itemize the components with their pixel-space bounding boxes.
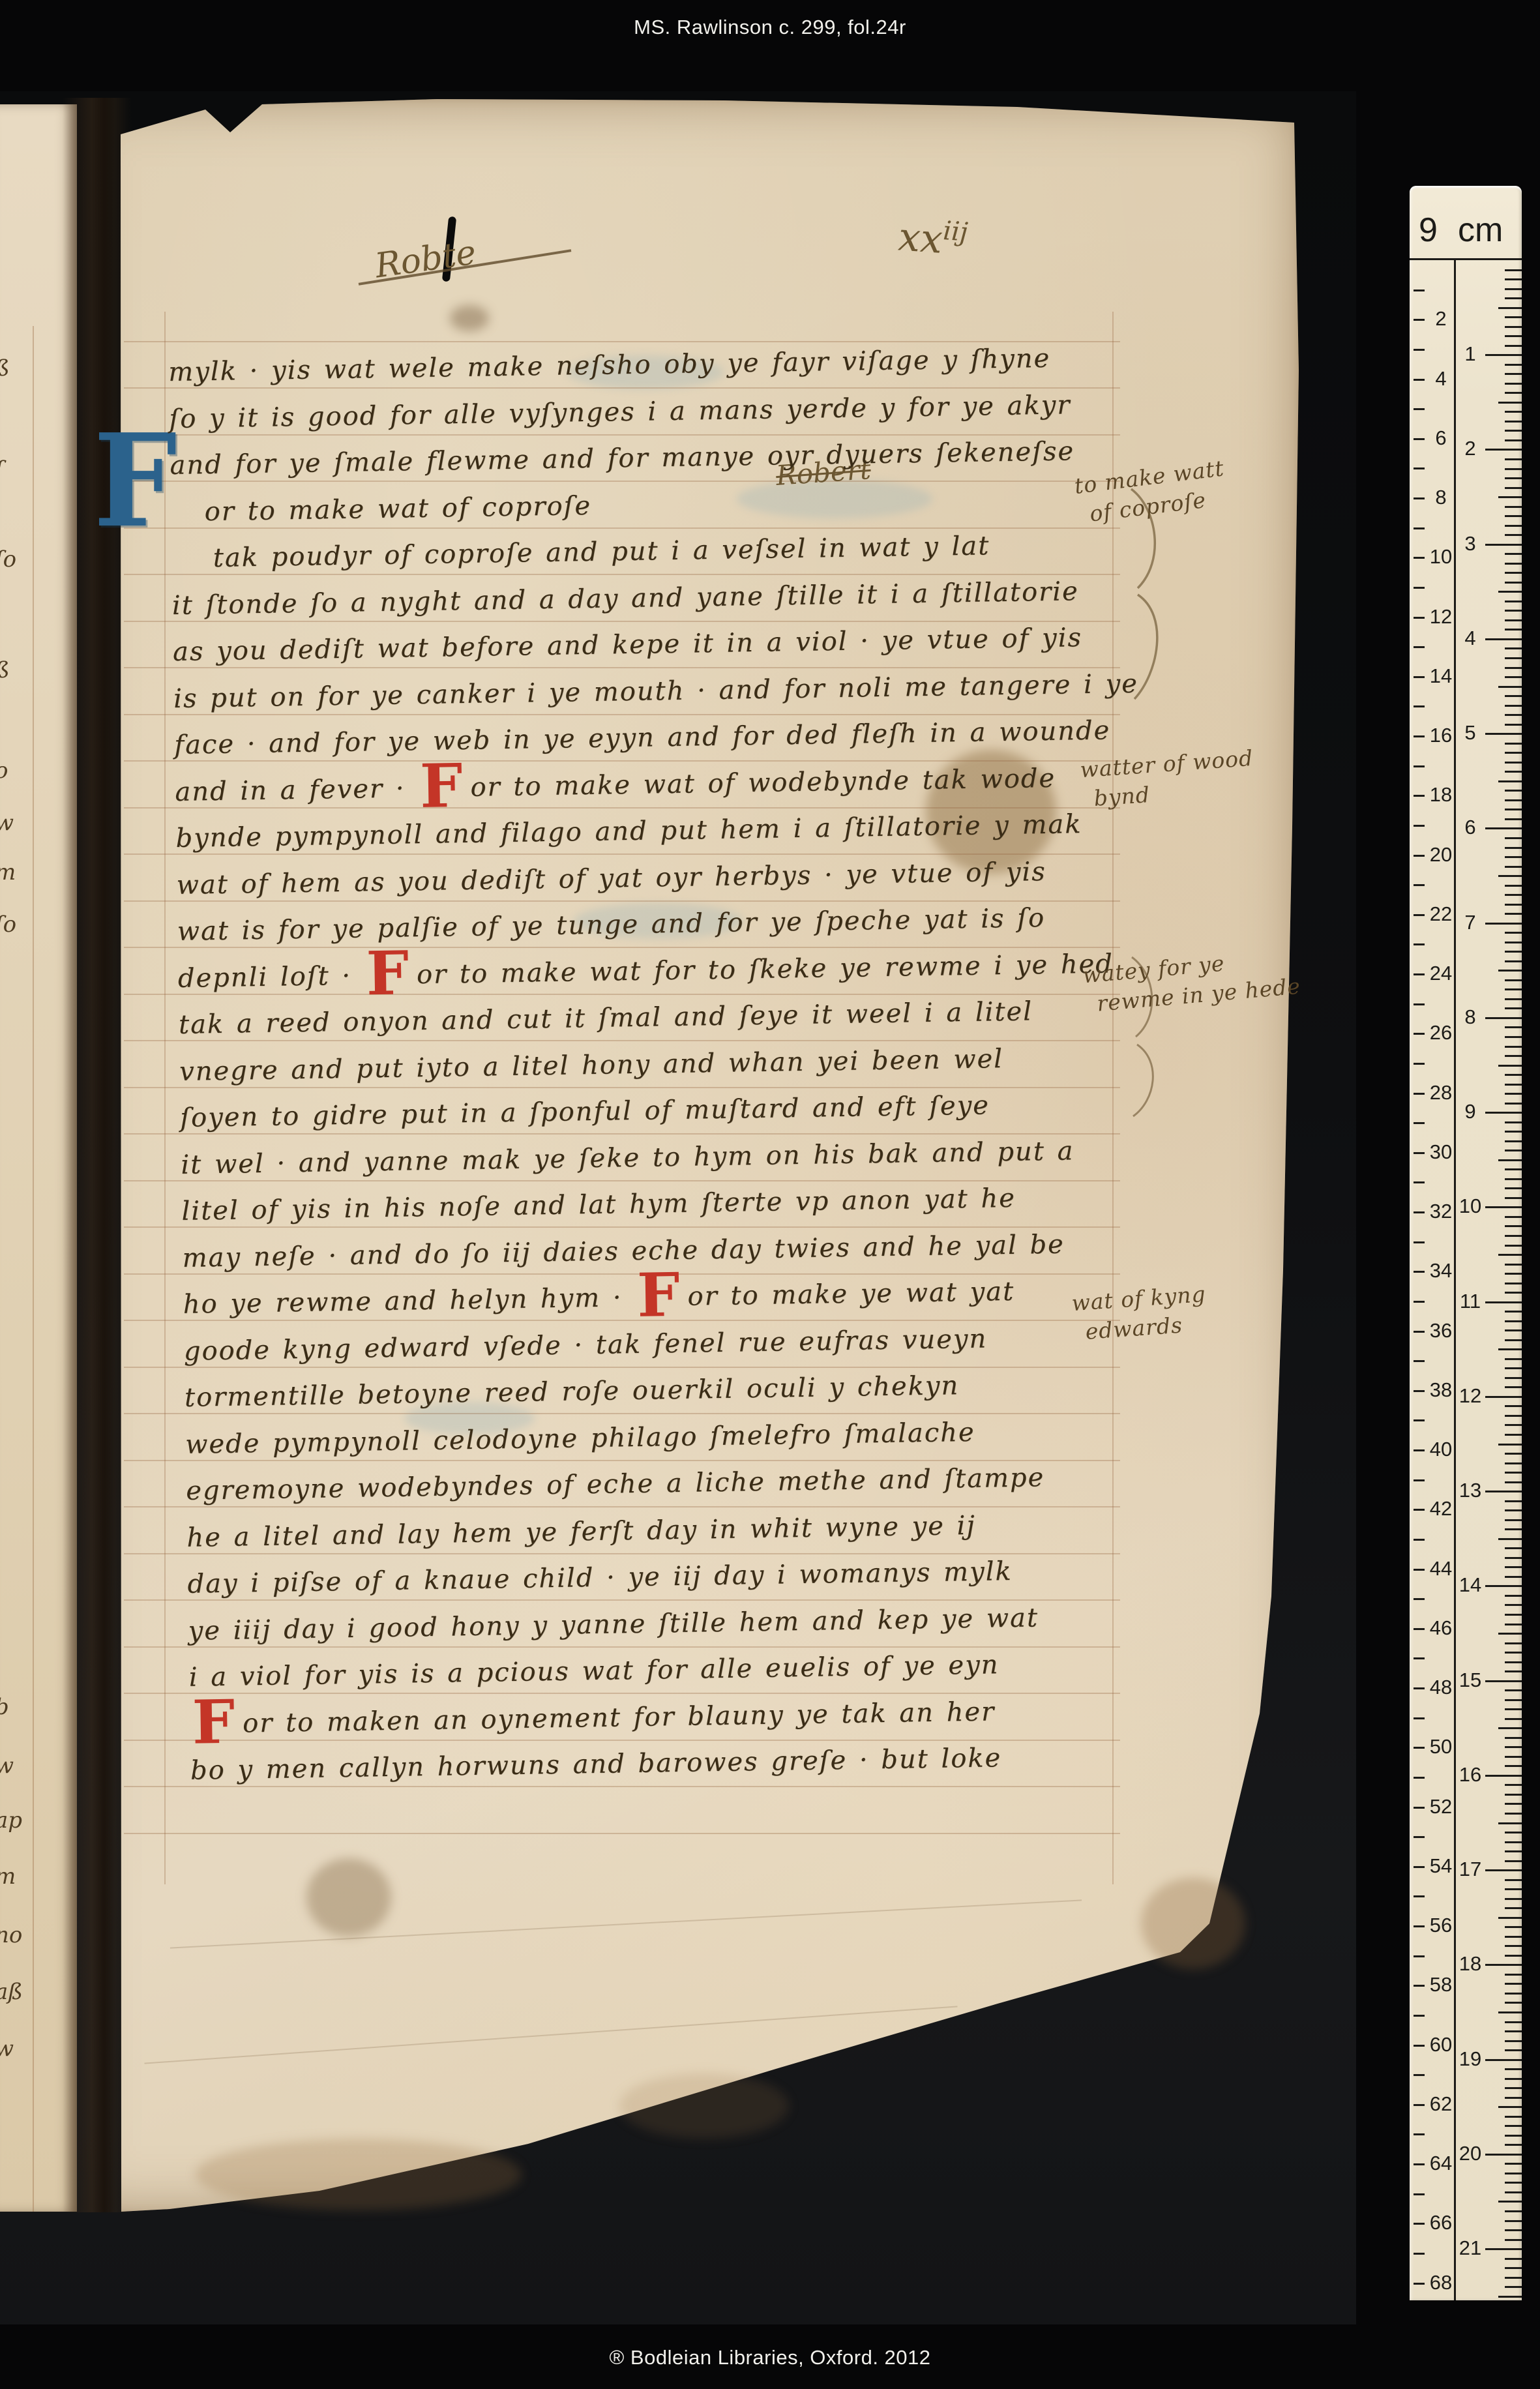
ruler-cm-number: 8 — [1458, 1005, 1483, 1029]
ruler-right-tick — [1498, 591, 1522, 593]
clipped-letter-fragment: ß — [0, 657, 10, 683]
clipped-letter-fragment: ß — [0, 355, 10, 381]
ruler-left-tick — [1414, 1419, 1425, 1421]
ruler-right-tick — [1505, 1974, 1522, 1976]
ruler-right-tick — [1505, 1566, 1522, 1568]
ruler-right-tick — [1498, 875, 1522, 877]
ruler-right-tick — [1498, 1444, 1522, 1446]
ruler-right-tick — [1505, 2258, 1522, 2260]
ruler-left-tick — [1414, 557, 1425, 559]
ruler-right-tick — [1505, 2078, 1522, 2080]
ruler-left-number: 16 — [1427, 724, 1455, 747]
ruler-right-tick — [1505, 657, 1522, 659]
ruler-right-tick — [1505, 951, 1522, 953]
ruler-right-tick — [1505, 1225, 1522, 1227]
ruler-cm-number: 15 — [1458, 1669, 1483, 1692]
ruler-left-tick — [1414, 1509, 1425, 1511]
ruler-right-tick — [1505, 1652, 1522, 1654]
ruler-left-number: 40 — [1427, 1438, 1455, 1461]
ruler-right-tick — [1505, 1026, 1522, 1028]
ruler-right-tick — [1485, 1112, 1522, 1114]
ruler-right-tick — [1505, 335, 1522, 337]
ruler-left-tick — [1414, 1033, 1425, 1035]
ruler-right-tick — [1505, 373, 1522, 375]
ruler-right-tick — [1505, 383, 1522, 385]
ruler-right-tick — [1505, 345, 1522, 347]
ruler-left-tick — [1414, 319, 1425, 321]
ruler-right-tick — [1505, 1103, 1522, 1105]
ruler-left-number: 60 — [1427, 2033, 1455, 2056]
ruler-cm-number: 21 — [1458, 2236, 1483, 2260]
ruler-right-tick — [1505, 998, 1522, 1000]
ruler-cm-number: 6 — [1458, 816, 1483, 839]
ruler-right-tick — [1505, 2286, 1522, 2288]
ruler-right-tick — [1505, 1794, 1522, 1796]
ruler-right-tick — [1505, 288, 1522, 290]
ruler-left-tick — [1414, 1181, 1425, 1183]
ruler-left-tick — [1414, 2283, 1425, 2285]
ruler-right-tick — [1505, 1945, 1522, 1947]
ruler-right-tick — [1505, 610, 1522, 612]
ruler-right-tick — [1505, 1765, 1522, 1767]
ruler-right-tick — [1505, 1197, 1522, 1199]
ruler-right-tick — [1498, 1538, 1522, 1540]
ruler-right-tick — [1505, 1472, 1522, 1474]
ruler-cm-number: 7 — [1458, 911, 1483, 934]
ruler-right-tick — [1505, 1329, 1522, 1331]
parchment-page — [72, 96, 1301, 2216]
ruler-right-tick — [1505, 1689, 1522, 1691]
ruler-left-number: 64 — [1427, 2152, 1455, 2175]
ruler-right-tick — [1505, 667, 1522, 669]
ruler-right-tick — [1505, 932, 1522, 934]
ruler-right-tick — [1485, 1017, 1522, 1019]
ruler-left-tick — [1414, 1717, 1425, 1719]
ruler-left-tick — [1414, 2193, 1425, 2195]
ruler-left-tick — [1414, 1985, 1425, 1987]
ruler-right-tick — [1505, 439, 1522, 441]
ruler-right-tick — [1498, 1633, 1522, 1635]
ruler-right-tick — [1505, 1405, 1522, 1407]
ruler-right-tick — [1485, 1396, 1522, 1398]
ruler-right-tick — [1505, 1898, 1522, 1900]
ruler-right-tick — [1505, 1131, 1522, 1133]
ruler-right-tick — [1485, 1585, 1522, 1587]
ruler-right-tick — [1505, 421, 1522, 423]
ruler-right-tick — [1505, 837, 1522, 839]
ruler-left-tick — [1414, 289, 1425, 291]
ruler-left-number: 28 — [1427, 1081, 1455, 1105]
ruler-right-tick — [1505, 572, 1522, 574]
ruler-right-tick — [1505, 1642, 1522, 1644]
ruler-left-number: 46 — [1427, 1616, 1455, 1640]
ruler-left-tick — [1414, 676, 1425, 678]
ruler-right-tick — [1505, 904, 1522, 906]
ruler-right-tick — [1505, 2191, 1522, 2193]
ruler-left-tick — [1414, 1628, 1425, 1630]
ruler-right-tick — [1505, 2163, 1522, 2165]
clipped-letter-fragment: ſ — [0, 456, 3, 482]
ruler-cm-number: 14 — [1458, 1573, 1483, 1597]
ruler-right-tick — [1505, 743, 1522, 745]
ruler-left-tick — [1414, 1687, 1425, 1689]
ruler-right-tick — [1505, 477, 1522, 479]
ruler-left-number: 56 — [1427, 1914, 1455, 1937]
ruler-right-tick — [1505, 1320, 1522, 1322]
photographic-scale-ruler: 9 cm 24681012141618202224262830323436384… — [1410, 186, 1522, 2300]
ruler-left-tick — [1414, 1390, 1425, 1392]
ruler-left-tick — [1414, 1152, 1425, 1154]
ruler-left-tick — [1414, 1211, 1425, 1213]
ruler-left-tick — [1414, 1925, 1425, 1927]
ruler-right-tick — [1505, 2030, 1522, 2032]
ruler-right-tick — [1505, 1841, 1522, 1843]
ruler-cm-number: 12 — [1458, 1384, 1483, 1408]
ruler-right-tick — [1505, 676, 1522, 678]
ruler-right-tick — [1505, 2087, 1522, 2089]
ruler-right-tick — [1485, 733, 1522, 735]
ruler-left-number: 68 — [1427, 2271, 1455, 2294]
ruler-left-tick — [1414, 1955, 1425, 1957]
ruler-right-tick — [1505, 629, 1522, 631]
ruler-right-tick — [1505, 1614, 1522, 1616]
clipped-letter-fragment: m — [0, 859, 16, 885]
ruler-cm-number: 18 — [1458, 1952, 1483, 1976]
ruler-right-tick — [1498, 970, 1522, 972]
ruler-right-tick — [1505, 1036, 1522, 1038]
ruler-right-tick — [1505, 1983, 1522, 1985]
ruler-right-tick — [1505, 411, 1522, 413]
ruler-left-number: 34 — [1427, 1259, 1455, 1283]
ruler-right-tick — [1485, 827, 1522, 829]
ruler-left-tick — [1414, 2163, 1425, 2165]
ruler-right-tick — [1505, 1756, 1522, 1758]
ruler-left-tick — [1414, 1122, 1425, 1124]
ruler-right-tick — [1505, 1235, 1522, 1237]
ruler-right-tick — [1505, 1140, 1522, 1142]
ruler-right-tick — [1505, 1832, 1522, 1833]
ruler-right-tick — [1505, 563, 1522, 565]
clipped-letter-fragment: w — [0, 2036, 14, 2062]
ruler-right-tick — [1505, 790, 1522, 792]
ruler-left-tick — [1414, 1807, 1425, 1809]
ruler-right-tick — [1505, 714, 1522, 716]
ruler-right-tick — [1505, 1121, 1522, 1123]
ruler-right-tick — [1505, 1168, 1522, 1170]
ruler-right-tick — [1505, 1936, 1522, 1938]
ruler-cm-number: 13 — [1458, 1479, 1483, 1502]
ruler-unit-label: cm — [1458, 211, 1503, 250]
ruler-right-tick — [1505, 1860, 1522, 1862]
ruler-right-tick — [1505, 1661, 1522, 1663]
ruler-right-tick — [1505, 1528, 1522, 1530]
ruler-right-tick — [1505, 297, 1522, 299]
ruler-right-tick — [1505, 1264, 1522, 1266]
ruler-right-tick — [1505, 392, 1522, 394]
ruler-left-number: 42 — [1427, 1497, 1455, 1521]
ruler-right-tick — [1485, 2248, 1522, 2250]
ruler-cm-number: 20 — [1458, 2142, 1483, 2165]
ruler-left-tick — [1414, 2045, 1425, 2047]
ruler-right-tick — [1505, 326, 1522, 328]
ruler-left-number: 18 — [1427, 783, 1455, 807]
ruler-right-tick — [1505, 1074, 1522, 1076]
ruler-right-tick — [1505, 1879, 1522, 1881]
ruler-cm-number: 11 — [1458, 1290, 1483, 1313]
copyright-caption: ® Bodleian Libraries, Oxford. 2012 — [0, 2346, 1540, 2369]
ruler-left-number: 36 — [1427, 1319, 1455, 1343]
ruler-left-tick — [1414, 855, 1425, 857]
ruler-cm-number: 5 — [1458, 721, 1483, 745]
ruler-left-tick — [1414, 1569, 1425, 1571]
ruler-right-tick — [1505, 847, 1522, 849]
ruler-right-tick — [1485, 2059, 1522, 2061]
ruler-right-tick — [1505, 1784, 1522, 1786]
ruler-left-tick — [1414, 2253, 1425, 2255]
ruler-left-number: 6 — [1427, 426, 1455, 450]
ruler-left-tick — [1414, 408, 1425, 410]
ruler-right-tick — [1505, 1055, 1522, 1057]
ruler-right-tick — [1505, 2182, 1522, 2184]
ruler-right-tick — [1505, 364, 1522, 366]
ruler-left-tick — [1414, 1301, 1425, 1303]
ruler-right-tick — [1505, 1926, 1522, 1928]
ruler-left-number: 50 — [1427, 1735, 1455, 1758]
ruler-right-tick — [1498, 1822, 1522, 1824]
ruler-left-tick — [1414, 1241, 1425, 1243]
ruler-right-tick — [1505, 1481, 1522, 1483]
ruler-left-tick — [1414, 1598, 1425, 1600]
ruler-cm-number: 1 — [1458, 342, 1483, 366]
ruler-cm-number: 2 — [1458, 437, 1483, 460]
ruler-right-tick — [1505, 818, 1522, 820]
ruler-right-tick — [1485, 354, 1522, 356]
ruler-right-tick — [1505, 316, 1522, 318]
ruler-right-tick — [1505, 1292, 1522, 1294]
ruler-right-tick — [1505, 515, 1522, 517]
ruler-right-tick — [1505, 619, 1522, 621]
ruler-right-tick — [1505, 1216, 1522, 1218]
ruler-right-tick — [1485, 449, 1522, 451]
ruler-right-tick — [1505, 1813, 1522, 1815]
ruler-right-tick — [1505, 1850, 1522, 1852]
ruler-left-number: 66 — [1427, 2211, 1455, 2234]
ruler-left-tick — [1414, 2223, 1425, 2225]
ruler-right-tick — [1505, 1557, 1522, 1559]
ruler-right-tick — [1505, 2220, 1522, 2222]
ruler-right-tick — [1505, 1093, 1522, 1095]
ruler-right-tick — [1505, 1187, 1522, 1189]
ruler-cm-number: 3 — [1458, 532, 1483, 556]
ruler-right-tick — [1498, 780, 1522, 782]
ruler-right-tick — [1505, 1283, 1522, 1284]
ruler-right-tick — [1498, 1159, 1522, 1161]
ruler-right-tick — [1505, 771, 1522, 773]
ruler-right-tick — [1505, 534, 1522, 536]
clipped-letter-fragment: no — [0, 1922, 22, 1948]
ruler-right-tick — [1485, 1680, 1522, 1682]
clipped-letter-fragment: w — [0, 1753, 14, 1779]
ruler-right-tick — [1505, 2116, 1522, 2118]
ruler-left-number: 52 — [1427, 1795, 1455, 1818]
ruler-left-number: 26 — [1427, 1021, 1455, 1045]
ruler-left-tick — [1414, 349, 1425, 351]
ruler-right-tick — [1505, 885, 1522, 887]
ruler-right-tick — [1505, 2002, 1522, 2004]
ruler-header: 9 cm — [1410, 186, 1522, 260]
ruler-right-tick — [1505, 430, 1522, 432]
ruler-right-tick — [1485, 1964, 1522, 1966]
ruler-left-number: 10 — [1427, 545, 1455, 569]
ruler-right-tick — [1505, 2135, 1522, 2137]
ruler-right-tick — [1498, 1348, 1522, 1350]
ruler-left-number: 2 — [1427, 307, 1455, 331]
ruler-right-tick — [1505, 1888, 1522, 1890]
ruler-right-tick — [1505, 1150, 1522, 1151]
ruler-right-tick — [1505, 1434, 1522, 1436]
ruler-right-tick — [1505, 1386, 1522, 1388]
ruler-left-number: 54 — [1427, 1854, 1455, 1878]
ruler-left-tick — [1414, 884, 1425, 886]
ruler-left-number: 30 — [1427, 1140, 1455, 1164]
ruler-right-tick — [1505, 2040, 1522, 2042]
ruler-right-tick — [1498, 2296, 1522, 2298]
ruler-right-tick — [1505, 1273, 1522, 1275]
ruler-right-tick — [1505, 458, 1522, 460]
ruler-right-tick — [1505, 942, 1522, 943]
ruler-right-tick — [1505, 1046, 1522, 1048]
clipped-letter-fragment: o — [0, 758, 8, 784]
ruler-right-tick — [1505, 1670, 1522, 1672]
ruler-right-tick — [1505, 2239, 1522, 2241]
ruler-cm-number: 9 — [1458, 1100, 1483, 1123]
ruler-right-tick — [1505, 2229, 1522, 2231]
ruler-right-tick — [1505, 1415, 1522, 1417]
ruler-right-tick — [1485, 638, 1522, 640]
ruler-right-tick — [1505, 1737, 1522, 1739]
ruler-right-tick — [1505, 2277, 1522, 2279]
ruler-right-tick — [1498, 686, 1522, 688]
ruler-right-tick — [1505, 705, 1522, 707]
ruler-right-tick — [1505, 506, 1522, 508]
ruler-right-tick — [1505, 2210, 1522, 2212]
ruler-right-tick — [1505, 269, 1522, 271]
ruler-right-tick — [1505, 1993, 1522, 1995]
ruler-right-tick — [1485, 923, 1522, 925]
ruler-right-tick — [1505, 1595, 1522, 1597]
ruler-right-tick — [1505, 724, 1522, 726]
ruler-header-rule — [1410, 258, 1522, 260]
ruler-left-tick — [1414, 825, 1425, 827]
ruler-right-tick — [1505, 487, 1522, 489]
ruler-left-tick — [1414, 1093, 1425, 1095]
ruler-left-number: 4 — [1427, 367, 1455, 391]
ruler-right-tick — [1485, 1301, 1522, 1303]
ruler-left-number: 62 — [1427, 2092, 1455, 2116]
ruler-left-tick — [1414, 1747, 1425, 1749]
ruler-width-label: 9 — [1419, 211, 1438, 250]
clipped-letter-fragment: ſo — [0, 912, 16, 938]
ruler-left-tick — [1414, 2133, 1425, 2135]
ruler-right-tick — [1505, 1007, 1522, 1009]
ruler-right-tick — [1505, 1084, 1522, 1086]
ruler-right-tick — [1505, 1462, 1522, 1464]
ruler-right-tick — [1505, 601, 1522, 602]
ruler-left-tick — [1414, 438, 1425, 440]
ruler-right-tick — [1505, 1708, 1522, 1710]
ruler-left-tick — [1414, 646, 1425, 648]
ruler-left-tick — [1414, 527, 1425, 529]
ruler-right-tick — [1505, 525, 1522, 527]
ruler-left-tick — [1414, 1657, 1425, 1659]
ruler-left-tick — [1414, 1331, 1425, 1333]
ruler-left-tick — [1414, 497, 1425, 499]
ruler-right-tick — [1505, 1604, 1522, 1606]
ruler-right-tick — [1505, 866, 1522, 868]
ruler-right-tick — [1505, 2049, 1522, 2051]
ruler-right-tick — [1498, 307, 1522, 309]
ruler-left-tick — [1414, 587, 1425, 589]
ruler-left-tick — [1414, 914, 1425, 916]
ruler-left-tick — [1414, 1360, 1425, 1362]
ruler-right-tick — [1485, 1206, 1522, 1208]
ruler-left-tick — [1414, 1271, 1425, 1273]
ruler-left-tick — [1414, 2015, 1425, 2017]
ruler-right-tick — [1485, 544, 1522, 546]
ruler-left-tick — [1414, 765, 1425, 767]
ruler-right-tick — [1505, 647, 1522, 649]
ruler-right-tick — [1505, 1367, 1522, 1369]
ruler-left-tick — [1414, 1866, 1425, 1868]
ruler-right-tick — [1505, 468, 1522, 470]
shelfmark-caption: MS. Rawlinson c. 299, fol.24r — [0, 16, 1540, 39]
ruler-right-tick — [1505, 894, 1522, 896]
ruler-left-tick — [1414, 2074, 1425, 2076]
ruler-right-tick — [1505, 695, 1522, 697]
ruler-right-tick — [1505, 1509, 1522, 1511]
ruler-right-tick — [1505, 1576, 1522, 1578]
ruler-right-tick — [1505, 1339, 1522, 1341]
ruler-cm-number: 17 — [1458, 1858, 1483, 1881]
ruler-right-tick — [1505, 799, 1522, 801]
ruler-right-tick — [1505, 2173, 1522, 2174]
clipped-letter-fragment: m — [0, 1863, 16, 1890]
ruler-left-number: 22 — [1427, 902, 1455, 926]
ruler-right-tick — [1505, 1424, 1522, 1426]
ruler-left-number: 38 — [1427, 1378, 1455, 1402]
photograph-stage: MS. Rawlinson c. 299, fol.24r ßſſoßowmſo… — [0, 0, 1540, 2389]
ruler-left-tick — [1414, 1449, 1425, 1451]
ruler-left-tick — [1414, 795, 1425, 797]
ruler-right-tick — [1498, 1254, 1522, 1256]
clipped-letter-fragment: w — [0, 810, 14, 836]
ruler-left-tick — [1414, 735, 1425, 737]
ruler-left-tick — [1414, 1836, 1425, 1838]
ruler-cm-number: 16 — [1458, 1763, 1483, 1787]
ruler-left-tick — [1414, 1777, 1425, 1779]
ruler-right-tick — [1505, 960, 1522, 962]
ruler-right-tick — [1505, 1699, 1522, 1701]
ruler-right-tick — [1505, 2267, 1522, 2269]
previous-folio-ruled-line — [33, 326, 34, 2212]
ruler-cm-number: 19 — [1458, 2047, 1483, 2071]
clipped-letter-fragment: aß — [0, 1979, 23, 2005]
ruler-right-tick — [1505, 1746, 1522, 1748]
ruler-right-tick — [1505, 1178, 1522, 1180]
ruler-cm-number: 10 — [1458, 1194, 1483, 1218]
ruler-right-tick — [1485, 1775, 1522, 1777]
ruler-right-tick — [1505, 278, 1522, 280]
